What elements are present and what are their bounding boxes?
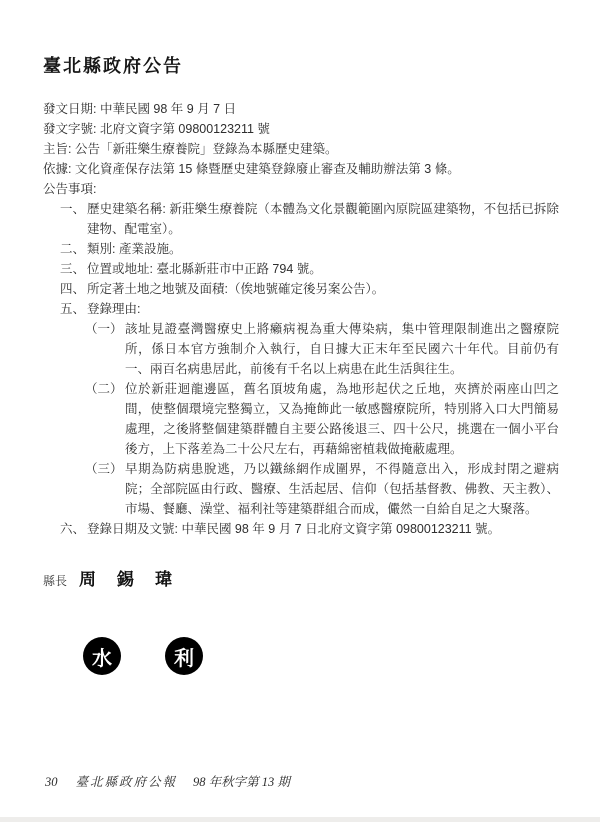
item-text: 位置或地址: 臺北縣新莊市中正路 794 號。: [87, 259, 559, 279]
list-item: 二、 類別: 產業設施。: [43, 239, 559, 259]
list-item: 三、 位置或地址: 臺北縣新莊市中正路 794 號。: [43, 259, 559, 279]
announcement-page: 臺北縣政府公告 發文日期: 中華民國 98 年 9 月 7 日 發文字號: 北府…: [0, 0, 600, 822]
scan-edge-strip: [0, 817, 600, 822]
item-marker: 六、: [60, 519, 87, 539]
stamp-character: 水: [92, 642, 112, 671]
signature-block: 縣長 周 錫 瑋: [43, 565, 559, 590]
item-text: 所定著土地之地號及面積:（俟地號確定後另案公告）。: [87, 279, 559, 299]
item-marker: 一、: [60, 199, 87, 239]
subitem-text: 該址見證臺灣醫療史上將癩病視為重大傳染病，集中管理限制進出之醫療院所，係日本官方…: [125, 319, 559, 379]
signature-role: 縣長: [43, 572, 67, 589]
item-marker: 二、: [60, 239, 87, 259]
item-marker: 四、: [60, 279, 87, 299]
item-text: 登錄理由:: [87, 299, 559, 319]
subitem-marker: （一）: [85, 319, 125, 379]
stamp-character: 利: [174, 642, 194, 671]
subitem-marker: （三）: [85, 459, 125, 519]
subitem-text: 早期為防病患脫逃，乃以鐵絲網作成圍界，不得隨意出入，形成封閉之避病院；全部院區由…: [125, 459, 559, 519]
subitem-text: 位於新莊迴龍邊區，舊名頂坡角處，為地形起伏之丘地，夾擠於兩座山凹之間，使整個環境…: [125, 379, 559, 459]
list-item: 五、 登錄理由:: [43, 299, 559, 319]
announcement-body: 臺北縣政府公告 發文日期: 中華民國 98 年 9 月 7 日 發文字號: 北府…: [43, 52, 559, 590]
list-item: 一、 歷史建築名稱: 新莊樂生療養院（本體為文化景觀範圍內原院區建築物，不包括已…: [43, 199, 559, 239]
profit-stamp-seal: 利: [165, 637, 203, 675]
item-marker: 五、: [60, 299, 87, 319]
page-number: 30: [45, 775, 58, 790]
subject-line: 主旨: 公告「新莊樂生療養院」登錄為本縣歷史建築。: [43, 139, 559, 159]
legal-basis-line: 依據: 文化資產保存法第 15 條暨歷史建築登錄廢止審查及輔助辦法第 3 條。: [43, 159, 559, 179]
page-title: 臺北縣政府公告: [43, 52, 559, 78]
list-item: 六、 登錄日期及文號: 中華民國 98 年 9 月 7 日北府文資字第 0980…: [43, 519, 559, 539]
subitem-marker: （二）: [85, 379, 125, 459]
water-stamp-seal: 水: [83, 637, 121, 675]
sub-list-item: （三） 早期為防病患脫逃，乃以鐵絲網作成圍界，不得隨意出入，形成封閉之避病院；全…: [43, 459, 559, 519]
sub-list-item: （一） 該址見證臺灣醫療史上將癩病視為重大傳染病，集中管理限制進出之醫療院所，係…: [43, 319, 559, 379]
doc-number-line: 發文字號: 北府文資字第 09800123211 號: [43, 119, 559, 139]
signature-name: 周 錫 瑋: [79, 565, 174, 590]
list-item: 四、 所定著土地之地號及面積:（俟地號確定後另案公告）。: [43, 279, 559, 299]
announcement-items-heading: 公告事項:: [43, 179, 559, 199]
item-text: 登錄日期及文號: 中華民國 98 年 9 月 7 日北府文資字第 0980012…: [87, 519, 559, 539]
page-footer: 30 臺北縣政府公報 98 年秋字第 13 期: [45, 772, 290, 790]
item-text: 類別: 產業設施。: [87, 239, 559, 259]
item-marker: 三、: [60, 259, 87, 279]
issue-date-line: 發文日期: 中華民國 98 年 9 月 7 日: [43, 99, 559, 119]
gazette-title: 臺北縣政府公報: [76, 772, 178, 790]
gazette-issue: 98 年秋字第 13 期: [193, 772, 290, 790]
sub-list-item: （二） 位於新莊迴龍邊區，舊名頂坡角處，為地形起伏之丘地，夾擠於兩座山凹之間，使…: [43, 379, 559, 459]
item-text: 歷史建築名稱: 新莊樂生療養院（本體為文化景觀範圍內原院區建築物，不包括已拆除建…: [87, 199, 559, 239]
